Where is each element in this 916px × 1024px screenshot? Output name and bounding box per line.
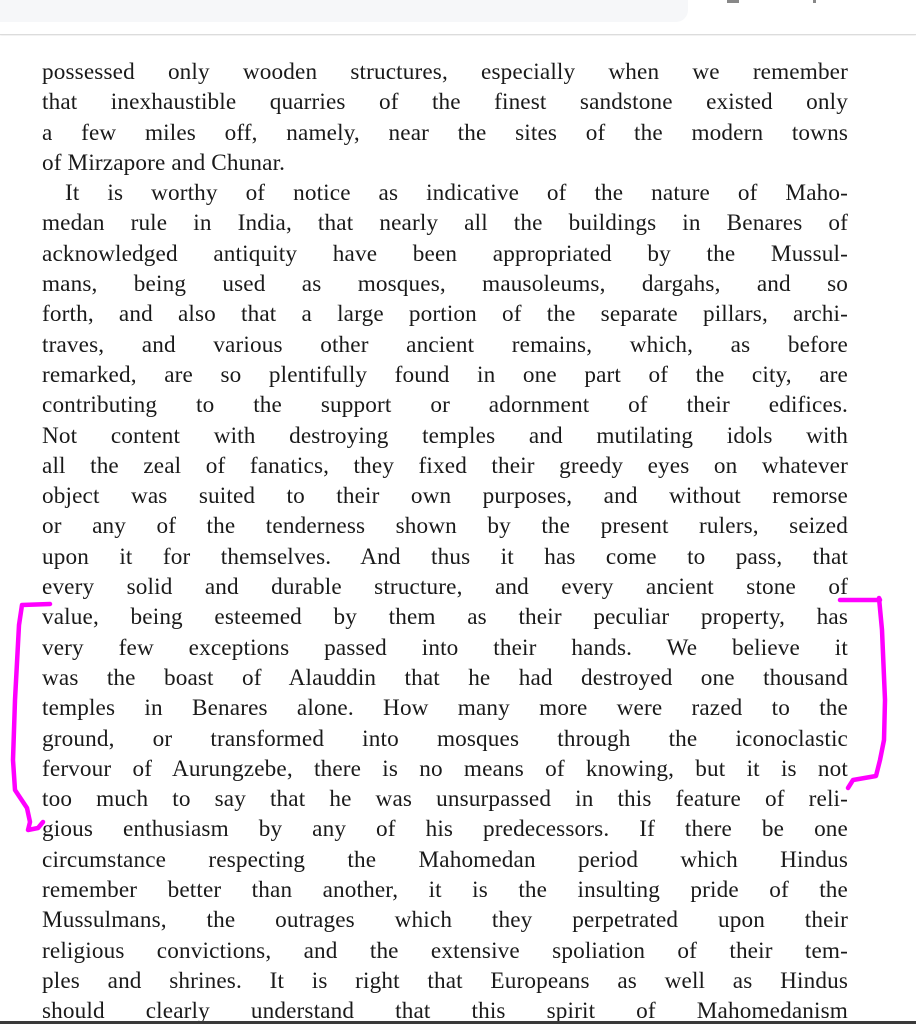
- text-line: forth, and also that a large portion of …: [42, 299, 848, 329]
- text-line: medan rule in India, that nearly all the…: [42, 208, 848, 238]
- text-line: contributing to the support or adornment…: [42, 390, 848, 420]
- text-line: or any of the tenderness shown by the pr…: [42, 511, 848, 541]
- highlighted-text-line: too much to say that he was unsurpassed …: [42, 784, 848, 814]
- text-line: acknowledged antiquity have been appropr…: [42, 239, 848, 269]
- text-line: upon it for themselves. And thus it has …: [42, 542, 848, 572]
- text-line: traves, and various other ancient remain…: [42, 330, 848, 360]
- text-line: ples and shrines. It is right that Europ…: [42, 966, 848, 996]
- text-line: object was suited to their own purposes,…: [42, 481, 848, 511]
- toolbar-icon[interactable]: [727, 0, 739, 3]
- text-line: that inexhaustible quarries of the fines…: [42, 87, 848, 117]
- text-line: all the zeal of fanatics, they fixed the…: [42, 451, 848, 481]
- scanned-book-page: possessed only wooden structures, especi…: [0, 36, 916, 1022]
- highlighted-text-line: ground, or transformed into mosques thro…: [42, 724, 848, 754]
- address-bar[interactable]: [0, 0, 688, 22]
- text-line: circumstance respecting the Mahomedan pe…: [42, 845, 848, 875]
- viewer-toolbar: [0, 0, 916, 35]
- highlighted-text-line: temples in Benares alone. How many more …: [42, 693, 848, 723]
- highlighted-text-line: very few exceptions passed into their ha…: [42, 633, 848, 663]
- text-line: of Mirzapore and Chunar.: [42, 148, 848, 178]
- text-line: religious convictions, and the extensive…: [42, 936, 848, 966]
- text-line: should clearly understand that this spir…: [42, 996, 848, 1024]
- text-line: remember better than another, it is the …: [42, 875, 848, 905]
- text-line: a few miles off, namely, near the sites …: [42, 118, 848, 148]
- text-line: remarked, are so plentifully found in on…: [42, 360, 848, 390]
- text-line: Not content with destroying temples and …: [42, 421, 848, 451]
- text-line: mans, being used as mosques, mausoleums,…: [42, 269, 848, 299]
- highlighted-text-line: was the boast of Alauddin that he had de…: [42, 663, 848, 693]
- paragraph-start-line: It is worthy of notice as indicative of …: [42, 178, 848, 208]
- highlighted-text-line: gious enthusiasm by any of his predecess…: [42, 814, 848, 844]
- page-text: possessed only wooden structures, especi…: [42, 57, 848, 1024]
- text-line: every solid and durable structure, and e…: [42, 572, 848, 602]
- text-line: Mussulmans, the outrages which they perp…: [42, 905, 848, 935]
- highlighted-text-line: value, being esteemed by them as their p…: [42, 602, 848, 632]
- text-line: possessed only wooden structures, especi…: [42, 57, 848, 87]
- toolbar-icon[interactable]: [813, 0, 816, 3]
- highlighted-text-line: fervour of Aurungzebe, there is no means…: [42, 754, 848, 784]
